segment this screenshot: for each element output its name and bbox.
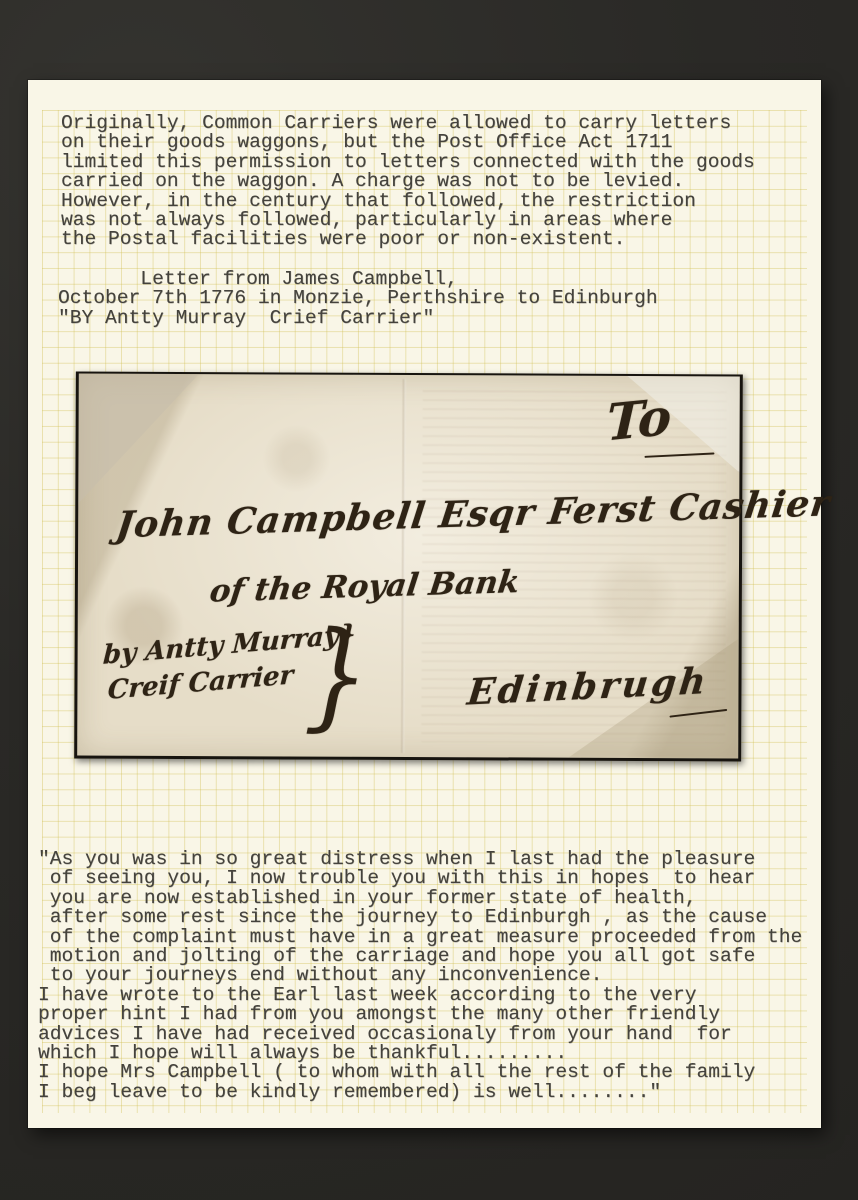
top-left-fold [78, 374, 199, 505]
script-to: To [606, 386, 673, 452]
letter-photo: To John Campbell Esqr Ferst Cashier of t… [74, 372, 743, 762]
letter-caption: Letter from James Campbell, October 7th … [58, 270, 658, 328]
vertical-fold-crease [401, 379, 406, 753]
script-carrier-brace: } [303, 621, 370, 728]
album-page: Originally, Common Carriers were allowed… [28, 80, 821, 1128]
display-mat: Originally, Common Carriers were allowed… [0, 0, 858, 1200]
intro-paragraph: Originally, Common Carriers were allowed… [61, 114, 755, 250]
quote-paragraph: "As you was in so great distress when I … [38, 850, 802, 1102]
